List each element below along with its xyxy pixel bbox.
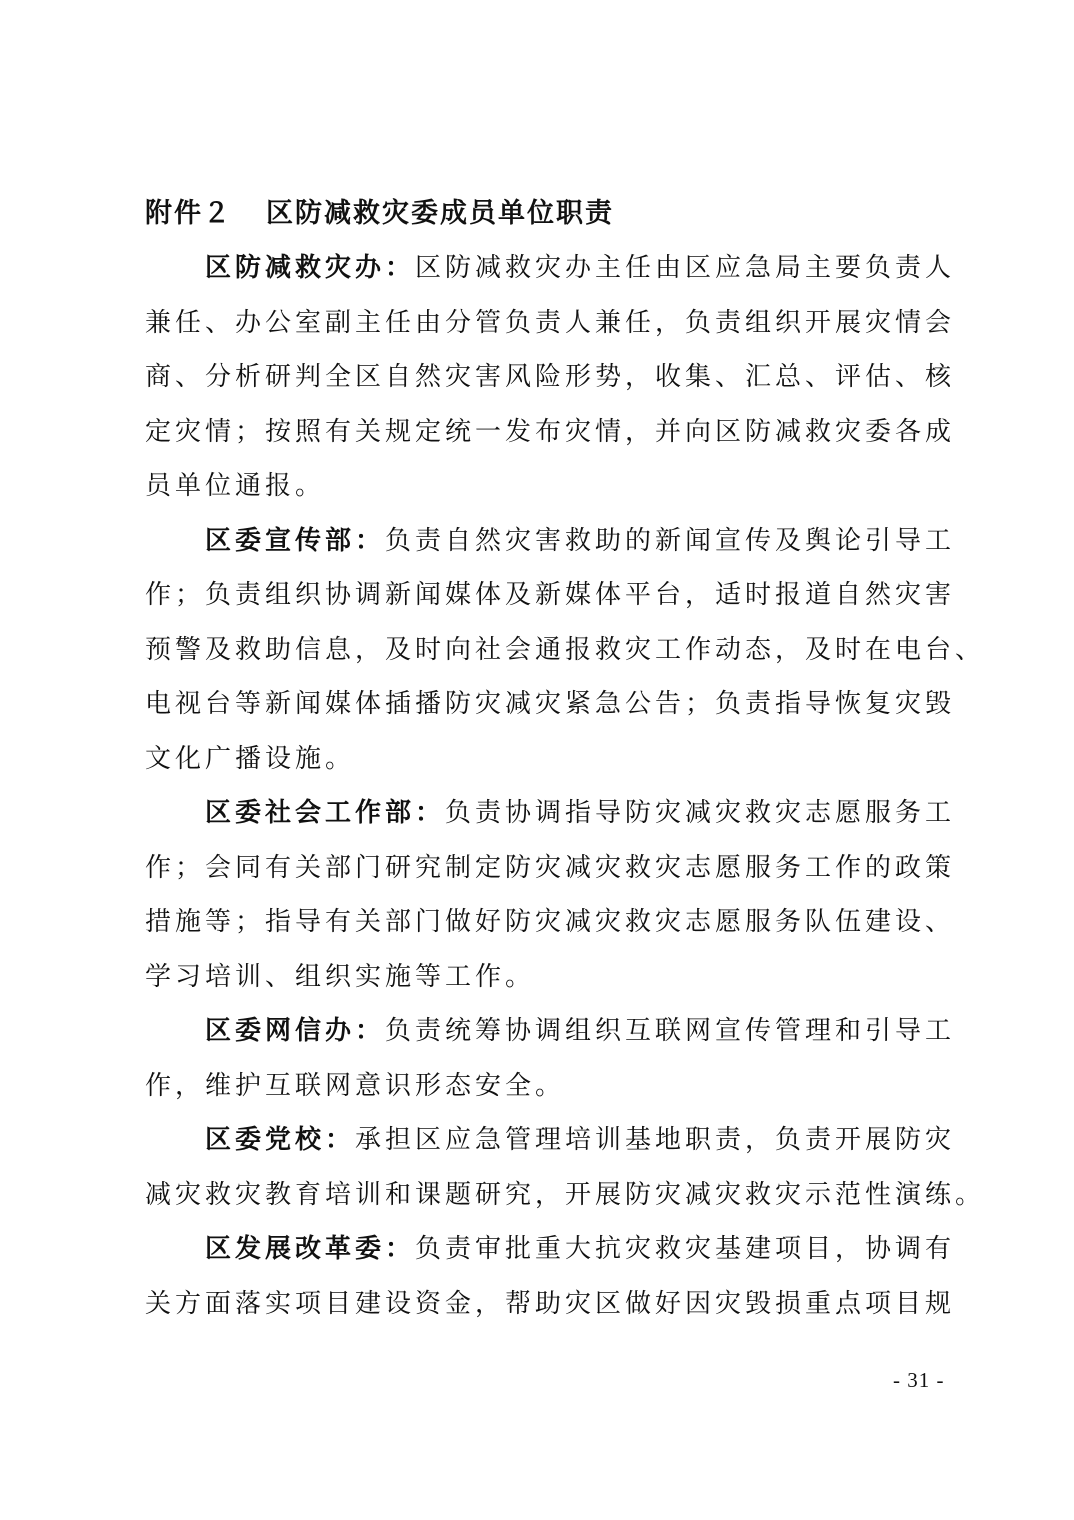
dept-name: 区委宣传部： [205, 526, 385, 556]
line-text: 承担区应急管理培训基地职责，负责开展防灾 [355, 1125, 955, 1155]
paragraph-line: 措施等；指导有关部门做好防灾减灾救灾志愿服务队伍建设、 [145, 902, 935, 957]
paragraph-line: 商、分析研判全区自然灾害风险形势，收集、汇总、评估、核 [145, 357, 935, 412]
line-text: 负责审批重大抗灾救灾基建项目，协调有 [415, 1234, 955, 1264]
line-text: 负责自然灾害救助的新闻宣传及舆论引导工 [385, 526, 955, 556]
paragraph-line: 区防减救灾办：区防减救灾办主任由区应急局主要负责人 [145, 248, 935, 303]
paragraph-line: 文化广播设施。 [145, 739, 935, 794]
paragraph-line: 员单位通报。 [145, 466, 935, 521]
attachment-title: 附件２区防减救灾委成员单位职责 [145, 194, 614, 234]
paragraph-line: 区委网信办：负责统筹协调组织互联网宣传管理和引导工 [145, 1011, 935, 1066]
dept-name: 区委党校： [205, 1125, 355, 1155]
paragraph-line: 区委社会工作部：负责协调指导防灾减灾救灾志愿服务工 [145, 793, 935, 848]
paragraph-line: 兼任、办公室副主任由分管负责人兼任，负责组织开展灾情会 [145, 303, 935, 358]
paragraph-line: 作；会同有关部门研究制定防灾减灾救灾志愿服务工作的政策 [145, 848, 935, 903]
paragraph-line: 区委宣传部：负责自然灾害救助的新闻宣传及舆论引导工 [145, 521, 935, 576]
title-text: 区防减救灾委成员单位职责 [266, 198, 614, 229]
paragraph-line: 作，维护互联网意识形态安全。 [145, 1066, 935, 1121]
paragraph-line: 关方面落实项目建设资金，帮助灾区做好因灾毁损重点项目规 [145, 1284, 935, 1339]
document-body: 区防减救灾办：区防减救灾办主任由区应急局主要负责人 兼任、办公室副主任由分管负责… [145, 248, 935, 1338]
paragraph-line: 区委党校：承担区应急管理培训基地职责，负责开展防灾 [145, 1120, 935, 1175]
dept-name: 区委网信办： [205, 1016, 385, 1046]
dept-name: 区防减救灾办： [205, 253, 415, 283]
paragraph-line: 电视台等新闻媒体插播防灾减灾紧急公告；负责指导恢复灾毁 [145, 684, 935, 739]
page-number: - 31 - [893, 1368, 945, 1393]
line-text: 区防减救灾办主任由区应急局主要负责人 [415, 253, 955, 283]
paragraph-line: 学习培训、组织实施等工作。 [145, 957, 935, 1012]
paragraph-line: 作；负责组织协调新闻媒体及新媒体平台，适时报道自然灾害 [145, 575, 935, 630]
paragraph-line: 减灾救灾教育培训和课题研究，开展防灾减灾救灾示范性演练。 [145, 1175, 935, 1230]
dept-name: 区发展改革委： [205, 1234, 415, 1264]
line-text: 负责统筹协调组织互联网宣传管理和引导工 [385, 1016, 955, 1046]
document-page: 附件２区防减救灾委成员单位职责 区防减救灾办：区防减救灾办主任由区应急局主要负责… [0, 0, 1074, 1520]
attachment-label: 附件２ [145, 198, 232, 229]
paragraph-line: 预警及救助信息，及时向社会通报救灾工作动态，及时在电台、 [145, 630, 935, 685]
line-text: 负责协调指导防灾减灾救灾志愿服务工 [445, 798, 955, 828]
paragraph-line: 定灾情；按照有关规定统一发布灾情，并向区防减救灾委各成 [145, 412, 935, 467]
paragraph-line: 区发展改革委：负责审批重大抗灾救灾基建项目，协调有 [145, 1229, 935, 1284]
dept-name: 区委社会工作部： [205, 798, 445, 828]
